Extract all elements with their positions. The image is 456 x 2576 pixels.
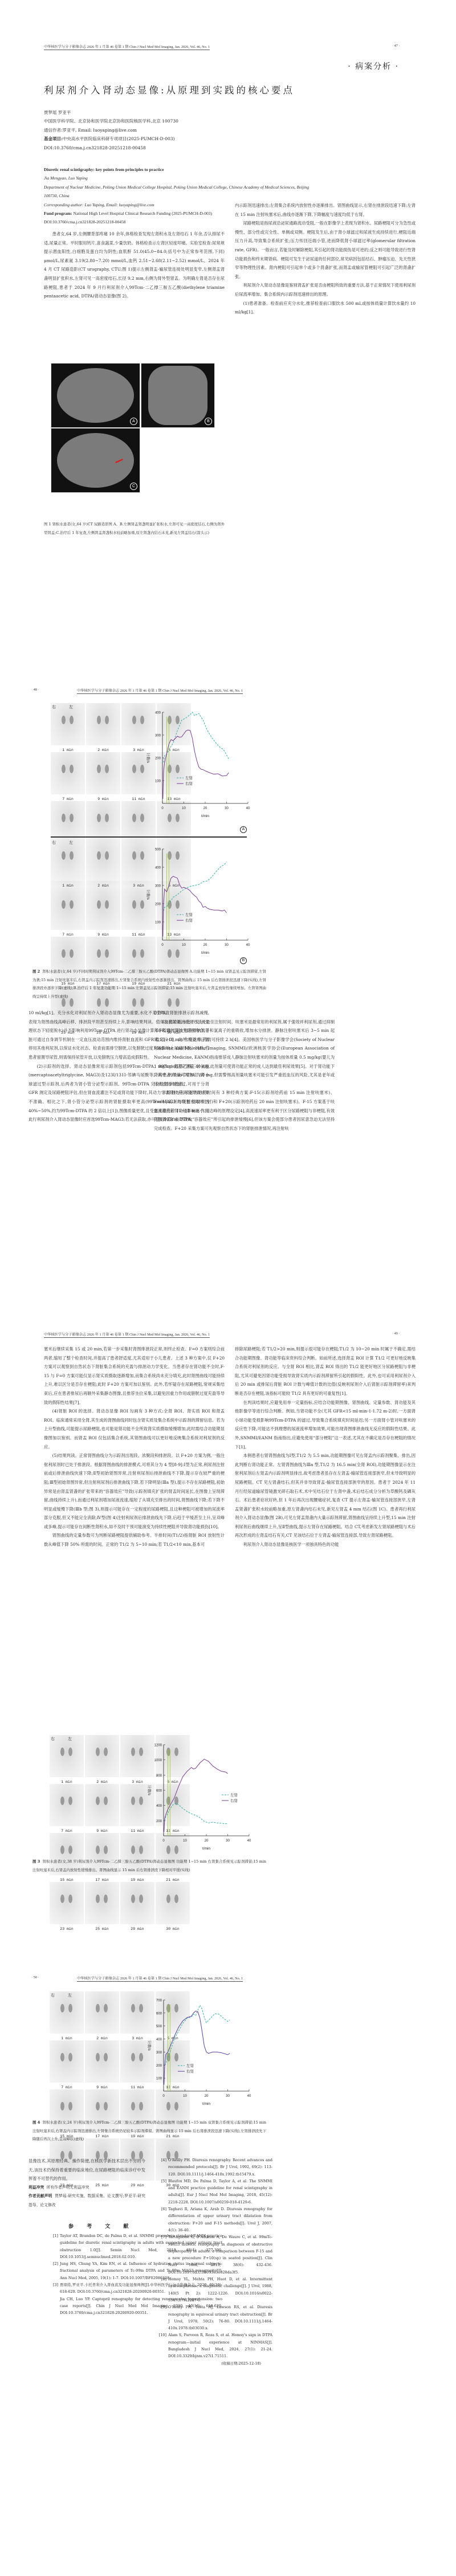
scan-time-label: 15 min <box>50 1878 84 1882</box>
scan-time-label: 2 min <box>85 2036 119 2040</box>
scan-time-label: 19 min <box>120 1878 154 1882</box>
running-head-text: 中华核医学与分子影像杂志 2026 年 1 月第 46 卷第 1 期 Chin … <box>77 1977 243 1982</box>
renal-scan-image <box>86 752 120 794</box>
svg-text:计数/s: 计数/s <box>147 2040 152 2051</box>
scan-time-label: 9 min <box>86 797 120 801</box>
paragraph: 塞米后继续采集 15 或 20 min,若第一步采集时肾图排泄段正常,则终止检查… <box>44 1345 225 1407</box>
scan-frame: 7 min <box>50 1784 84 1833</box>
svg-text:300: 300 <box>155 885 161 888</box>
svg-text:30: 30 <box>226 2095 230 2098</box>
svg-text:400: 400 <box>156 1805 162 1808</box>
svg-text:400: 400 <box>156 2038 162 2042</box>
scan-frame: 2 min <box>85 1991 119 2040</box>
svg-text:右肾: 右肾 <box>230 1798 238 1803</box>
figure-divider <box>51 836 247 838</box>
scan-frame: 1 min <box>50 1991 84 2040</box>
svg-text:100: 100 <box>155 921 161 925</box>
figure-4-caption: 图 4 肾积水患者(女,24 岁)利尿剂介入99Tcm-二乙撑三胺五乙酸(DTP… <box>32 2118 266 2144</box>
renal-scan-image <box>51 839 85 881</box>
svg-text:800: 800 <box>156 1774 162 1778</box>
renal-scan-image <box>85 1991 119 2034</box>
renal-scan-image <box>50 1784 84 1826</box>
front-matter-cn: 贾梦瑶 罗亚平 中国医学科学院、北京协和医学院北京协和医院核医学科,北京 100… <box>44 108 409 152</box>
paragraph: 尿路梗阻是指尿液沿泌尿通路流动受阻,一般在影像学上表现为肾积水。尿路梗阻可分为急… <box>235 219 416 281</box>
scan-frame: 9 min <box>85 2040 119 2089</box>
running-head: 中华核医学与分子影像杂志 2026 年 1 月第 46 卷第 1 期 Chin … <box>44 44 210 49</box>
svg-text:20: 20 <box>203 807 207 810</box>
fund-cn: 基金项目:中央高水平医院临床科研专项项目(2025-PUMCH-D-003) <box>44 134 409 143</box>
reference-item: [7]Tartaglione G, D'Addessi A, De Waure … <box>154 2234 272 2276</box>
scan-time-label: 2 min <box>85 1780 119 1784</box>
scan-frame: 9 min <box>86 752 120 801</box>
figure-4-renogram: 100200300400500600700010203040t/min计数/s左… <box>144 1994 258 2116</box>
paragraph: 内示踪剂迅速排出;左肾集合系统内放射性亦逐渐排出。肾图曲线显示,右肾在排泄段迅速… <box>235 201 416 219</box>
renal-scan-image <box>50 1735 84 1777</box>
svg-text:40: 40 <box>247 1839 251 1843</box>
scan-frame: 1 min <box>50 1735 84 1784</box>
page-number: · 48 · <box>31 688 39 692</box>
contrib-label: 作者贡献声明 <box>28 2194 52 2198</box>
figure-2b-renogram: 100200300400500010203040t/min计数/s左肾右肾 <box>142 843 256 965</box>
page-48: · 48 · 中华核医学与分子影像杂志 2026 年 1 月第 46 卷第 1 … <box>0 644 456 1282</box>
paragraph: 示踪剂与利尿剂的给药时间有 3 种经典方案:F-15(示踪剂给药前 15 min… <box>154 1088 335 1133</box>
renal-scan-image <box>51 703 85 745</box>
scan-time-label: 1 min <box>51 748 85 752</box>
scan-frame: 2 min <box>85 1735 119 1784</box>
svg-text:t/min: t/min <box>202 2102 210 2106</box>
p49-right-column: 排除尿路梗阻;若 T1/2>20 min,则提示很可能存在梗阻;T1/2 为 1… <box>235 1345 416 1549</box>
running-head-text: 中华核医学与分子影像杂志 2026 年 1 月第 46 卷第 1 期 Chin … <box>44 45 210 50</box>
renal-scan-image <box>50 1882 84 1924</box>
panel-label-c: C <box>130 483 137 490</box>
page-50: · 50 · 中华核医学与分子影像杂志 2026 年 1 月第 46 卷第 1 … <box>0 1926 456 2576</box>
ct-axial-image-a: A <box>51 363 140 428</box>
scan-time-label: 9 min <box>85 2085 119 2089</box>
page-number: · 49 · <box>392 1332 400 1336</box>
scan-frame: 2 min <box>86 703 120 752</box>
conflict-label: 利益冲突 <box>28 2185 44 2190</box>
p47-right-column: 内示踪剂迅速排出;左肾集合系统内放射性亦逐渐排出。肾图曲线显示,右肾在排泄段迅速… <box>235 201 416 317</box>
reference-item: [6]Taghavi R, Ariana K, Arab D. Diuresis… <box>154 2206 272 2234</box>
renal-scan-image <box>50 2040 84 2083</box>
scan-frame: 7 min <box>50 2040 84 2089</box>
figure-3-label: 图 3 <box>32 1859 40 1864</box>
svg-text:10: 10 <box>183 2095 187 2098</box>
renal-scan-image <box>85 1784 119 1826</box>
ct-axial-image-c: C <box>51 428 140 493</box>
running-head: 中华核医学与分子影像杂志 2026 年 1 月第 46 卷第 1 期 Chin … <box>77 1975 243 1981</box>
p48-right-column: DTPA。 (3)利尿剂的使用方法及最佳注射时间。呋塞米是最常用的利尿剂,属于强… <box>154 1009 335 1133</box>
renal-scan-image <box>85 1882 119 1924</box>
svg-text:300: 300 <box>156 2051 162 2055</box>
affiliation-en: Department of Nuclear Medicine, Peking U… <box>44 183 312 201</box>
paragraph: 利尿剂介入肾动态显像是核医学一项独具特色的功能 <box>235 1540 416 1549</box>
panel-mark-a: A <box>240 826 247 833</box>
running-head: 中华核医学与分子影像杂志 2026 年 1 月第 46 卷第 1 期 Chin … <box>77 688 243 693</box>
svg-text:200: 200 <box>155 757 161 761</box>
svg-text:左肾: 左肾 <box>185 912 193 917</box>
scan-time-label: 7 min <box>51 797 85 801</box>
svg-text:300: 300 <box>155 734 161 738</box>
article-title-cn: 利尿剂介入肾动态显像:从原理到实践的核心要点 <box>44 83 295 96</box>
conflict-statement: 利益冲突 所有作者声明无利益冲突 <box>28 2183 145 2193</box>
paragraph: DTPA。 <box>154 1009 335 1018</box>
scan-time-label: 7 min <box>50 1829 84 1833</box>
svg-text:计数/s: 计数/s <box>147 1785 152 1796</box>
scan-frame: 1 min <box>51 839 85 888</box>
figure-2-label: 图 2 <box>32 969 40 974</box>
contribution-statement: 作者贡献声明 贾梦瑶:研究实施、数据采集、论文撰写;罗亚平:研究指导、论文修改 <box>28 2192 145 2210</box>
paragraph: 本例患者右肾肾图曲线为Ⅰ型,T1/2 为 5.5 min,功能期图像可见右肾盂内… <box>235 1451 416 1540</box>
paragraph: 排除尿路梗阻;若 T1/2>20 min,则提示很可能存在梗阻;T1/2 为 1… <box>235 1345 416 1398</box>
figure-2a-renogram: 100200300400010203040t/min计数/s左肾右肾 <box>142 707 256 828</box>
svg-text:t/min: t/min <box>201 951 209 955</box>
scan-time-label: 9 min <box>86 933 120 937</box>
svg-text:计数/s: 计数/s <box>146 889 151 900</box>
section-tag: · 病案分析 · <box>348 60 399 72</box>
svg-text:0: 0 <box>161 944 164 947</box>
renal-scan-image <box>51 752 85 794</box>
scan-frame: 2 min <box>86 839 120 888</box>
renal-scan-image <box>156 1882 190 1924</box>
svg-text:20: 20 <box>205 2095 209 2098</box>
page-47: 中华核医学与分子影像杂志 2026 年 1 月第 46 卷第 1 期 Chin … <box>0 0 456 650</box>
figure-4-caption-text: 肾积水患者(女,24 岁)利尿剂介入99Tcm-二乙撑三胺五乙酸(DTPA)肾动… <box>32 2120 266 2141</box>
scan-time-label: 1 min <box>50 2036 84 2040</box>
left-side-label: 左 <box>68 1993 72 1998</box>
svg-text:0: 0 <box>162 2095 165 2098</box>
svg-text:400: 400 <box>155 867 161 870</box>
fund-text-cn: 中央高水平医院临床科研专项项目(2025-PUMCH-D-003) <box>63 136 175 141</box>
paragraph: (4)肾脏 ROI 的选择。肾动态显像 ROI 勾画有 3 种方式:全肾 ROI… <box>44 1407 225 1451</box>
svg-text:600: 600 <box>156 1790 162 1793</box>
panel-mark-b: B <box>240 957 247 964</box>
page-number: · 50 · <box>31 1975 39 1979</box>
doi-cn: DOI:10.3760/cma.j.cn321828-20251218-0045… <box>44 144 409 152</box>
svg-text:t/min: t/min <box>201 814 209 818</box>
svg-text:700: 700 <box>156 1999 162 2003</box>
running-head-text: 中华核医学与分子影像杂志 2026 年 1 月第 46 卷第 1 期 Chin … <box>77 689 243 694</box>
svg-text:100: 100 <box>156 2077 162 2081</box>
page-49: 中华核医学与分子影像杂志 2026 年 1 月第 46 卷第 1 期 Chin … <box>0 1276 456 1926</box>
running-head-text: 中华核医学与分子影像杂志 2026 年 1 月第 46 卷第 1 期 Chin … <box>44 1333 210 1338</box>
p50-left-column: 显像技术,其原理经典、操作简便,在核医学新技术层出不穷的今天,该技术仍保持着重要… <box>28 2157 145 2210</box>
scan-frame: 9 min <box>86 888 120 937</box>
scan-frame: 7 min <box>51 752 85 801</box>
scan-frame: 25 min <box>85 1882 119 1931</box>
fund-text-en: National High Level Hospital Clinical Re… <box>74 211 213 216</box>
scan-frame: 23 min <box>50 1882 84 1931</box>
fund-label-cn: 基金项目: <box>44 136 63 141</box>
scan-frame: 7 min <box>51 888 85 937</box>
svg-text:30: 30 <box>226 1839 230 1843</box>
svg-text:10: 10 <box>183 1839 187 1843</box>
left-side-label: 左 <box>68 1736 72 1742</box>
right-side-label: 右 <box>51 1993 55 1998</box>
figure-1: A B C <box>51 363 216 517</box>
renal-scan-image <box>120 1882 154 1924</box>
reference-item: [8]Homsy YL, Mehta PH, Huot D, et al. In… <box>154 2276 272 2304</box>
right-side-label: 右 <box>52 704 56 710</box>
reference-item: [4]O'Reilly PH. Diuresis renography. Rec… <box>154 2157 272 2178</box>
scan-time-label: 17 min <box>85 1878 119 1882</box>
paragraph: 肾图曲线的定量参数可为判断尿路梗阻提供辅助参考。半排时间(T1/2)指肾脏 RO… <box>44 1531 225 1549</box>
paragraph: (3)利尿剂的使用方法及最佳注射时间。呋塞米是最常用的利尿剂,属于强效袢利尿剂,… <box>154 1018 335 1089</box>
svg-text:左肾: 左肾 <box>230 1793 238 1798</box>
paragraph: 在判读结果时,应避免用单一定量指标,应结合功能期图像、肾图曲线、定量参数、肾功能… <box>235 1398 416 1452</box>
renal-scan-image <box>50 1991 84 2034</box>
paragraph: (1)患者准备。检查前应充分水化,推荐检查前口服饮水 500 ml,或按体质量计… <box>235 299 416 317</box>
figure-4-label: 图 4 <box>32 2120 40 2125</box>
svg-text:600: 600 <box>156 2012 162 2015</box>
svg-text:20: 20 <box>205 1839 209 1843</box>
page-number: · 47 · <box>392 44 400 48</box>
renal-scan-image <box>85 2040 119 2083</box>
svg-text:右肾: 右肾 <box>186 2069 194 2074</box>
scan-time-label: 1 min <box>51 884 85 888</box>
scan-frame: 9 min <box>85 1784 119 1833</box>
left-side-label: 左 <box>69 840 73 846</box>
svg-text:0: 0 <box>161 807 164 810</box>
title-en: Diuretic renal scintigraphy: key points … <box>44 165 409 174</box>
svg-text:500: 500 <box>156 2025 162 2028</box>
scan-time-label: 7 min <box>50 2085 84 2089</box>
renal-scan-image <box>86 888 120 930</box>
svg-text:200: 200 <box>156 2064 162 2068</box>
renal-scan-image <box>85 1735 119 1777</box>
svg-text:右肾: 右肾 <box>185 918 193 923</box>
authors-en: Jia Mengyao, Luo Yaping <box>44 174 409 182</box>
p47-left-column: 患者女,64 岁,左侧腰背部疼痛 10 余年,体格检查发现左肾积水及左肾结石 1… <box>44 230 225 301</box>
figure-3-caption: 图 3 肾积水患者(女,38 岁)利尿剂介入99Tcm-二乙撑三胺五乙酸(DTP… <box>32 1858 266 1874</box>
figure-3-renogram: 20040060080010001200010203040t/min计数/s左肾… <box>144 1739 258 1861</box>
authors-cn: 贾梦瑶 罗亚平 <box>44 108 409 117</box>
fund-label-en: Fund program: <box>44 211 72 216</box>
paragraph: (5)结果判读。正常肾图曲线分为示踪剂出现段、浓聚段和排泄段。以 F+20 方案… <box>44 1451 225 1531</box>
svg-text:0: 0 <box>162 1839 165 1843</box>
renal-scan-image <box>51 888 85 930</box>
scan-time-label: 21 min <box>156 1878 190 1882</box>
running-head: 中华核医学与分子影像杂志 2026 年 1 月第 46 卷第 1 期 Chin … <box>44 1332 210 1337</box>
figure-1-caption: 图 1 肾积水患者(女,64 岁)CT 尿路造影图 A、B.左侧肾盂肾盏明显扩张… <box>44 520 225 537</box>
svg-text:10: 10 <box>182 807 186 810</box>
scan-frame: 29 min <box>120 1882 154 1931</box>
paragraph: 利尿剂介入肾动态显像是鉴别肾盂扩张是否由梗阻所致的重要方法,基于正常情况下使用利… <box>235 281 416 299</box>
svg-text:20: 20 <box>203 944 207 947</box>
scan-frame: 30 min <box>156 1882 190 1931</box>
panel-label-a: A <box>130 418 137 425</box>
right-side-label: 右 <box>52 840 56 846</box>
svg-text:40: 40 <box>247 2095 251 2098</box>
svg-text:200: 200 <box>156 1820 162 1823</box>
p49-left-column: 塞米后继续采集 15 或 20 min,若第一步采集时肾图排泄段正常,则终止检查… <box>44 1345 225 1549</box>
figure-2-caption-text: 肾积水患者(女,64 岁)不同时期利尿剂介入99Tcm-二乙撑三胺五乙酸(DTP… <box>32 969 266 999</box>
scan-time-label: 7 min <box>51 933 85 937</box>
scan-time-label: 9 min <box>85 1829 119 1833</box>
svg-text:1000: 1000 <box>154 1759 162 1762</box>
references-heading: 参 考 文 献 <box>68 2222 134 2230</box>
renal-scan-image <box>86 839 120 881</box>
right-side-label: 右 <box>51 1736 55 1742</box>
svg-text:200: 200 <box>155 903 161 907</box>
left-side-label: 左 <box>69 704 73 710</box>
figure-2-caption: 图 2 肾积水患者(女,64 岁)不同时期利尿剂介入99Tcm-二乙撑三胺五乙酸… <box>32 967 266 1001</box>
svg-text:500: 500 <box>155 848 161 852</box>
svg-text:左肾: 左肾 <box>186 2063 194 2068</box>
received-date: (收稿日期:2025-12-18) <box>154 2360 272 2367</box>
scan-time-label: 1 min <box>50 1780 84 1784</box>
ct-coronal-image-b: B <box>141 363 215 428</box>
svg-text:计数/s: 计数/s <box>146 753 151 764</box>
svg-text:左肾: 左肾 <box>185 775 193 781</box>
svg-text:t/min: t/min <box>202 1847 210 1851</box>
scan-frame: 1 min <box>51 703 85 752</box>
reference-item: [10]Alam S, Parveen R, Reza S, et al. Ho… <box>154 2332 272 2359</box>
svg-text:1200: 1200 <box>154 1744 162 1748</box>
conflict-text: 所有作者声明无利益冲突 <box>47 2185 89 2190</box>
svg-text:40: 40 <box>246 944 250 947</box>
scan-time-label: 2 min <box>86 748 120 752</box>
corresponding-cn: 通信作者:罗亚平, Email: luoyaping@live.com <box>44 126 409 134</box>
svg-text:400: 400 <box>155 712 161 715</box>
svg-text:30: 30 <box>225 807 229 810</box>
svg-text:30: 30 <box>225 944 229 947</box>
references-right: [4]O'Reilly PH. Diuresis renography. Rec… <box>154 2157 272 2367</box>
reference-item: [9]O'Reilly PH, Testa HJ, Lawson RS, et … <box>154 2304 272 2332</box>
svg-text:10: 10 <box>182 944 186 947</box>
figure-3-caption-text: 肾积水患者(女,38 岁)利尿剂介入99Tcm-二乙撑三胺五乙酸(DTPA)肾动… <box>32 1859 266 1872</box>
svg-text:40: 40 <box>246 807 250 810</box>
affiliation-cn: 中国医学科学院、北京协和医学院北京协和医院核医学科,北京 100730 <box>44 117 409 125</box>
renal-scan-image <box>86 703 120 745</box>
svg-text:右肾: 右肾 <box>185 781 193 786</box>
panel-label-b: B <box>205 418 212 425</box>
reference-item: [5]Blaufox MD, De Palma D, Taylor A, et … <box>154 2178 272 2206</box>
case-paragraph: 患者女,64 岁,左侧腰背部疼痛 10 余年,体格检查发现左肾积水及左肾结石 1… <box>44 230 225 301</box>
paragraph: 显像技术,其原理经典、操作简便,在核医学新技术层出不穷的今天,该技术仍保持着重要… <box>28 2157 145 2183</box>
scan-time-label: 2 min <box>86 884 120 888</box>
svg-text:100: 100 <box>155 780 161 783</box>
